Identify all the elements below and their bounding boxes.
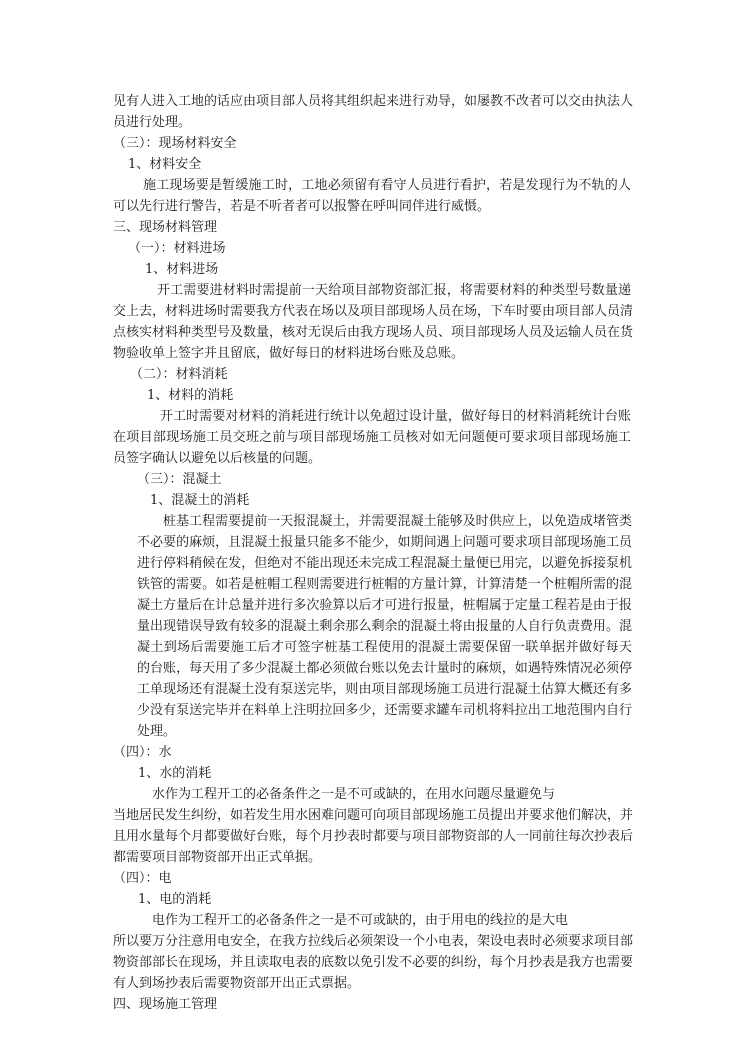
body-line: 处理。 bbox=[137, 721, 176, 742]
subsection-heading: （三）：混凝土 bbox=[137, 469, 222, 490]
body-line: 有人到场抄表后需要物资部开出正式票据。 bbox=[113, 973, 360, 994]
subsection-heading: （一）：材料进场 bbox=[128, 238, 226, 259]
paragraph-first-line: 桩基工程需要提前一天报混凝土，并需要混凝土能够及时供应上，以免造成堵管类 bbox=[163, 511, 632, 532]
body-line: 都需要项目部物资部开出正式单据。 bbox=[113, 847, 321, 868]
body-line: 进行停料稍候在发，但绝对不能出现还未完成工程混凝土量便已用完，以避免拆接泵机 bbox=[137, 553, 632, 574]
body-line: 的台账，每天用了多少混凝土都必须做台账以免去计量时的麻烦，如遇特殊情况必须停 bbox=[137, 658, 632, 679]
item-heading: 1、混凝土的消耗 bbox=[150, 490, 249, 511]
subsection-heading: （二）：材料消耗 bbox=[130, 364, 228, 385]
body-line: 不必要的麻烦，且混凝土报量只能多不能少，如期间遇上问题可要求项目部现场施工员 bbox=[137, 532, 632, 553]
paragraph-first-line: 开工时需要对材料的消耗进行统计以免超过设计量，做好每日的材料消耗统计台账 bbox=[160, 406, 631, 427]
section-heading: 三、现场材料管理 bbox=[113, 217, 217, 238]
body-line: 交上去，材料进场时需要我方代表在场以及项目部现场人员在场，下车时要由项目部人员清 bbox=[113, 301, 631, 322]
paragraph-first-line: 电作为工程开工的必备条件之一是不可或缺的，由于用电的线拉的是大电 bbox=[152, 910, 568, 931]
body-line: 见有人进入工地的话应由项目部人员将其组织起来进行劝导，如屡教不改者可以交由执法人 bbox=[113, 91, 631, 112]
body-line: 当地居民发生纠纷，如若发生用水困难问题可向项目部现场施工员提出并要求他们解决，并 bbox=[113, 805, 631, 826]
body-line: 且用水量每个月都要做好台账，每个月抄表时都要与项目部物资部的人一同前往每次抄表后 bbox=[113, 826, 631, 847]
body-line: 凝土方量后在计总量并进行多次验算以后才可进行报量，桩帽属于定量工程若是由于报 bbox=[137, 595, 632, 616]
paragraph-first-line: 水作为工程开工的必备条件之一是不可或缺的，在用水问题尽量避免与 bbox=[152, 784, 555, 805]
item-heading: 1、材料进场 bbox=[145, 259, 218, 280]
body-line: 铁管的需要。如若是桩帽工程则需要进行桩帽的方量计算，计算清楚一个桩帽所需的混 bbox=[137, 574, 632, 595]
body-line: 物资部部长在现场，并且读取电表的底数以免引发不必要的纠纷，每个月抄表是我方也需要 bbox=[113, 952, 631, 973]
body-line: 员签字确认以避免以后核量的问题。 bbox=[113, 448, 321, 469]
paragraph-first-line: 开工需要进材料时需提前一天给项目部物资部汇报，将需要材料的种类型号数量递 bbox=[157, 280, 631, 301]
subsection-heading: （三）：现场材料安全 bbox=[113, 133, 237, 154]
paragraph-first-line: 施工现场要是暂缓施工时，工地必须留有看守人员进行看护，若是发现行为不轨的人 bbox=[143, 175, 631, 196]
body-line: 可以先行进行警告，若是不听者者可以报警在呼叫同伴进行威慑。 bbox=[113, 196, 490, 217]
body-line: 员进行处理。 bbox=[113, 112, 191, 133]
item-heading: 1、电的消耗 bbox=[138, 889, 211, 910]
item-heading: 1、材料安全 bbox=[128, 154, 201, 175]
subsection-heading: （四）：电 bbox=[113, 868, 172, 889]
section-heading: 四、现场施工管理 bbox=[113, 994, 217, 1015]
subsection-heading: （四）：水 bbox=[113, 742, 172, 763]
body-line: 量出现错误导致有较多的混凝土剩余那么剩余的混凝土将由报量的人自行负责费用。混 bbox=[137, 616, 632, 637]
body-line: 点核实材料种类型号及数量，核对无误后由我方现场人员、项目部现场人员及运输人员在货 bbox=[113, 322, 631, 343]
body-line: 在项目部现场施工员交班之前与项目部现场施工员核对如无问题便可要求项目部现场施工 bbox=[113, 427, 631, 448]
body-line: 少没有泵送完毕并在料单上注明拉回多少，还需要求罐车司机将料拉出工地范围内自行 bbox=[137, 700, 632, 721]
item-heading: 1、材料的消耗 bbox=[147, 385, 233, 406]
item-heading: 1、水的消耗 bbox=[138, 763, 211, 784]
body-line: 物验收单上签字并且留底，做好每日的材料进场台账及总账。 bbox=[113, 343, 464, 364]
document-page: 见有人进入工地的话应由项目部人员将其组织起来进行劝导，如屡教不改者可以交由执法人… bbox=[0, 0, 744, 1052]
body-line: 所以要万分注意用电安全，在我方拉线后必须架设一个小电表，架设电表时必须要求项目部 bbox=[113, 931, 631, 952]
body-line: 凝土到场后需要施工后才可签字桩基工程使用的混凝土需要保留一联单据并做好每天 bbox=[137, 637, 632, 658]
body-line: 工单现场还有混凝土没有泵送完毕，则由项目部现场施工员进行混凝土估算大概还有多 bbox=[137, 679, 632, 700]
